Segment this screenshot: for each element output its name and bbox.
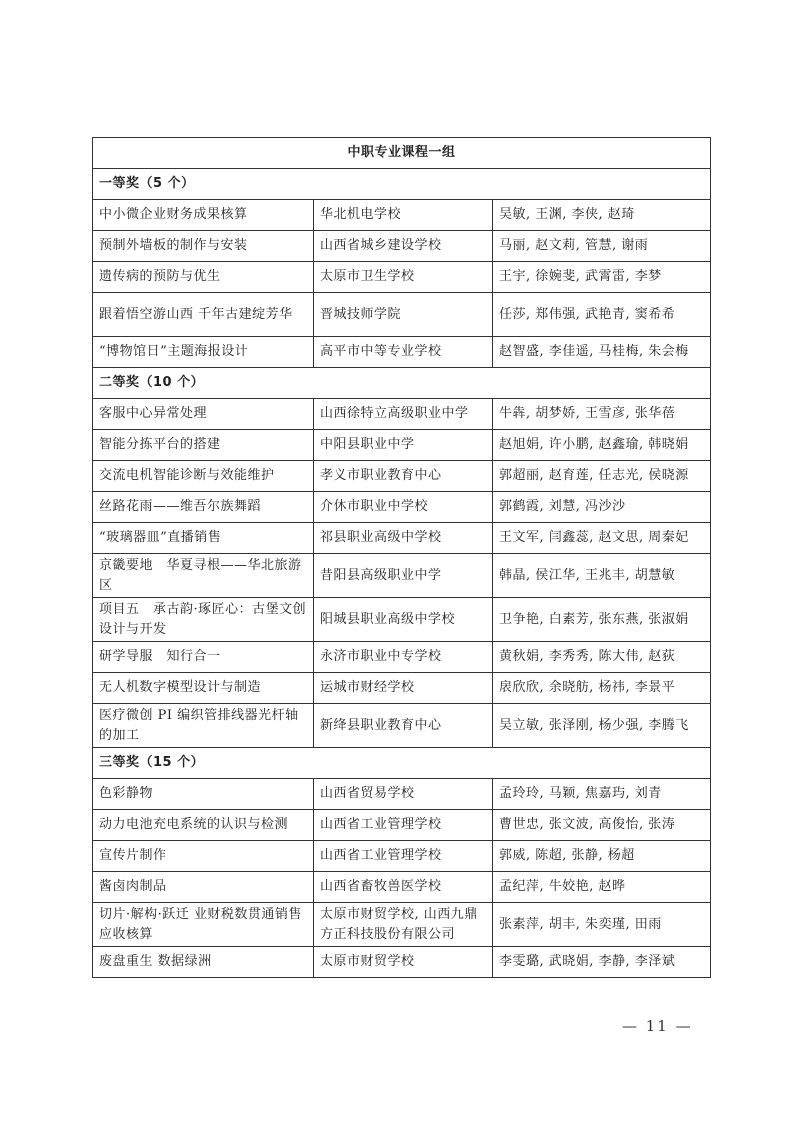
section-header-row: 三等奖（15 个） xyxy=(93,748,711,779)
table-row: 宣传片制作山西省工业管理学校郭威, 陈超, 张静, 杨超 xyxy=(93,841,711,872)
table-row: 丝路花雨——维吾尔族舞蹈介休市职业中学校郭鹤霞, 刘慧, 冯沙沙 xyxy=(93,492,711,523)
page-number: — 11 — xyxy=(622,1017,693,1035)
school-cell: 祁县职业高级中学校 xyxy=(314,523,493,554)
section-heading: 三等奖（15 个） xyxy=(93,748,711,779)
members-cell: 孟纪萍, 牛姣艳, 赵晔 xyxy=(493,872,711,903)
table-row: 医疗微创 PI 编织管排线器光杆轴的加工新绛县职业教育中心吴立敏, 张泽刚, 杨… xyxy=(93,704,711,748)
course-cell: “玻璃器皿”直播销售 xyxy=(93,523,314,554)
members-cell: 扆欣欣, 余晓舫, 杨祎, 李景平 xyxy=(493,673,711,704)
table-row: 项目五 承古韵·琢匠心：古堡文创设计与开发阳城县职业高级中学校卫争艳, 白素芳,… xyxy=(93,598,711,642)
school-cell: 山西徐特立高级职业中学 xyxy=(314,399,493,430)
course-cell: 无人机数字模型设计与制造 xyxy=(93,673,314,704)
school-cell: 阳城县职业高级中学校 xyxy=(314,598,493,642)
members-cell: 赵旭娟, 许小鹏, 赵鑫瑜, 韩晓娟 xyxy=(493,430,711,461)
members-cell: 黄秋娟, 李秀秀, 陈大伟, 赵荻 xyxy=(493,642,711,673)
course-cell: 医疗微创 PI 编织管排线器光杆轴的加工 xyxy=(93,704,314,748)
members-cell: 卫争艳, 白素芳, 张东燕, 张淑娟 xyxy=(493,598,711,642)
section-header-row: 二等奖（10 个） xyxy=(93,368,711,399)
table-row: 京畿要地 华夏寻根——华北旅游区昔阳县高级职业中学韩晶, 侯江华, 王兆丰, 胡… xyxy=(93,554,711,598)
school-cell: 山西省畜牧兽医学校 xyxy=(314,872,493,903)
table-row: 智能分拣平台的搭建中阳县职业中学赵旭娟, 许小鹏, 赵鑫瑜, 韩晓娟 xyxy=(93,430,711,461)
members-cell: 吴立敏, 张泽刚, 杨少强, 李腾飞 xyxy=(493,704,711,748)
table-row: 废盘重生 数据绿洲太原市财贸学校李雯璐, 武晓娟, 李静, 李泽斌 xyxy=(93,947,711,978)
members-cell: 李雯璐, 武晓娟, 李静, 李泽斌 xyxy=(493,947,711,978)
school-cell: 永济市职业中专学校 xyxy=(314,642,493,673)
members-cell: 赵智盛, 李佳遥, 马桂梅, 朱会梅 xyxy=(493,337,711,368)
course-cell: 宣传片制作 xyxy=(93,841,314,872)
course-cell: 废盘重生 数据绿洲 xyxy=(93,947,314,978)
course-cell: 项目五 承古韵·琢匠心：古堡文创设计与开发 xyxy=(93,598,314,642)
table-row: “博物馆日”主题海报设计高平市中等专业学校赵智盛, 李佳遥, 马桂梅, 朱会梅 xyxy=(93,337,711,368)
school-cell: 山西省工业管理学校 xyxy=(314,841,493,872)
table-row: 无人机数字模型设计与制造运城市财经学校扆欣欣, 余晓舫, 杨祎, 李景平 xyxy=(93,673,711,704)
table-title: 中职专业课程一组 xyxy=(93,138,711,169)
school-cell: 孝义市职业教育中心 xyxy=(314,461,493,492)
members-cell: 孟玲玲, 马颖, 焦嘉玙, 刘青 xyxy=(493,779,711,810)
course-cell: 交流电机智能诊断与效能维护 xyxy=(93,461,314,492)
members-cell: 王宇, 徐婉斐, 武霄雷, 李梦 xyxy=(493,262,711,293)
members-cell: 张素萍, 胡丰, 朱奕瑾, 田雨 xyxy=(493,903,711,947)
table-row: 中小微企业财务成果核算华北机电学校吴敏, 王渊, 李侠, 赵琦 xyxy=(93,200,711,231)
members-cell: 郭超丽, 赵育莲, 任志光, 侯晓源 xyxy=(493,461,711,492)
school-cell: 山西省贸易学校 xyxy=(314,779,493,810)
school-cell: 山西省城乡建设学校 xyxy=(314,231,493,262)
table-row: 预制外墙板的制作与安装山西省城乡建设学校马丽, 赵文莉, 管慧, 谢雨 xyxy=(93,231,711,262)
course-cell: 预制外墙板的制作与安装 xyxy=(93,231,314,262)
section-header-row: 一等奖（5 个） xyxy=(93,169,711,200)
school-cell: 太原市财贸学校 xyxy=(314,947,493,978)
school-cell: 山西省工业管理学校 xyxy=(314,810,493,841)
table-row: 动力电池充电系统的认识与检测山西省工业管理学校曹世忠, 张文波, 高俊怡, 张涛 xyxy=(93,810,711,841)
school-cell: 新绛县职业教育中心 xyxy=(314,704,493,748)
members-cell: 郭鹤霞, 刘慧, 冯沙沙 xyxy=(493,492,711,523)
section-heading: 二等奖（10 个） xyxy=(93,368,711,399)
school-cell: 介休市职业中学校 xyxy=(314,492,493,523)
course-cell: 酱卤肉制品 xyxy=(93,872,314,903)
course-cell: 跟着悟空游山西 千年古建绽芳华 xyxy=(93,293,314,337)
school-cell: 太原市卫生学校 xyxy=(314,262,493,293)
school-cell: 华北机电学校 xyxy=(314,200,493,231)
table-row: 交流电机智能诊断与效能维护孝义市职业教育中心郭超丽, 赵育莲, 任志光, 侯晓源 xyxy=(93,461,711,492)
table-row: 研学导服 知行合一永济市职业中专学校黄秋娟, 李秀秀, 陈大伟, 赵荻 xyxy=(93,642,711,673)
table-row: 跟着悟空游山西 千年古建绽芳华晋城技师学院任莎, 郑伟强, 武艳青, 窦希希 xyxy=(93,293,711,337)
school-cell: 晋城技师学院 xyxy=(314,293,493,337)
course-cell: 丝路花雨——维吾尔族舞蹈 xyxy=(93,492,314,523)
table-row: 客服中心异常处理山西徐特立高级职业中学牛犇, 胡梦娇, 王雪彦, 张华蓓 xyxy=(93,399,711,430)
school-cell: 运城市财经学校 xyxy=(314,673,493,704)
members-cell: 马丽, 赵文莉, 管慧, 谢雨 xyxy=(493,231,711,262)
course-cell: “博物馆日”主题海报设计 xyxy=(93,337,314,368)
members-cell: 郭威, 陈超, 张静, 杨超 xyxy=(493,841,711,872)
table-row: “玻璃器皿”直播销售祁县职业高级中学校王文军, 闫鑫蕊, 赵文思, 周秦妃 xyxy=(93,523,711,554)
table-row: 遗传病的预防与优生太原市卫生学校王宇, 徐婉斐, 武霄雷, 李梦 xyxy=(93,262,711,293)
table-row: 酱卤肉制品山西省畜牧兽医学校孟纪萍, 牛姣艳, 赵晔 xyxy=(93,872,711,903)
course-cell: 研学导服 知行合一 xyxy=(93,642,314,673)
table-row: 切片·解构·跃迁 业财税数贯通销售应收核算太原市财贸学校, 山西九鼎方正科技股份… xyxy=(93,903,711,947)
members-cell: 韩晶, 侯江华, 王兆丰, 胡慧敏 xyxy=(493,554,711,598)
table-row: 色彩静物山西省贸易学校孟玲玲, 马颖, 焦嘉玙, 刘青 xyxy=(93,779,711,810)
course-cell: 动力电池充电系统的认识与检测 xyxy=(93,810,314,841)
course-cell: 中小微企业财务成果核算 xyxy=(93,200,314,231)
members-cell: 牛犇, 胡梦娇, 王雪彦, 张华蓓 xyxy=(493,399,711,430)
school-cell: 中阳县职业中学 xyxy=(314,430,493,461)
course-cell: 遗传病的预防与优生 xyxy=(93,262,314,293)
course-cell: 客服中心异常处理 xyxy=(93,399,314,430)
members-cell: 王文军, 闫鑫蕊, 赵文思, 周秦妃 xyxy=(493,523,711,554)
course-cell: 色彩静物 xyxy=(93,779,314,810)
members-cell: 吴敏, 王渊, 李侠, 赵琦 xyxy=(493,200,711,231)
course-cell: 智能分拣平台的搭建 xyxy=(93,430,314,461)
members-cell: 任莎, 郑伟强, 武艳青, 窦希希 xyxy=(493,293,711,337)
award-table: 中职专业课程一组 一等奖（5 个）中小微企业财务成果核算华北机电学校吴敏, 王渊… xyxy=(92,137,711,978)
members-cell: 曹世忠, 张文波, 高俊怡, 张涛 xyxy=(493,810,711,841)
course-cell: 京畿要地 华夏寻根——华北旅游区 xyxy=(93,554,314,598)
school-cell: 昔阳县高级职业中学 xyxy=(314,554,493,598)
school-cell: 高平市中等专业学校 xyxy=(314,337,493,368)
course-cell: 切片·解构·跃迁 业财税数贯通销售应收核算 xyxy=(93,903,314,947)
section-heading: 一等奖（5 个） xyxy=(93,169,711,200)
school-cell: 太原市财贸学校, 山西九鼎方正科技股份有限公司 xyxy=(314,903,493,947)
